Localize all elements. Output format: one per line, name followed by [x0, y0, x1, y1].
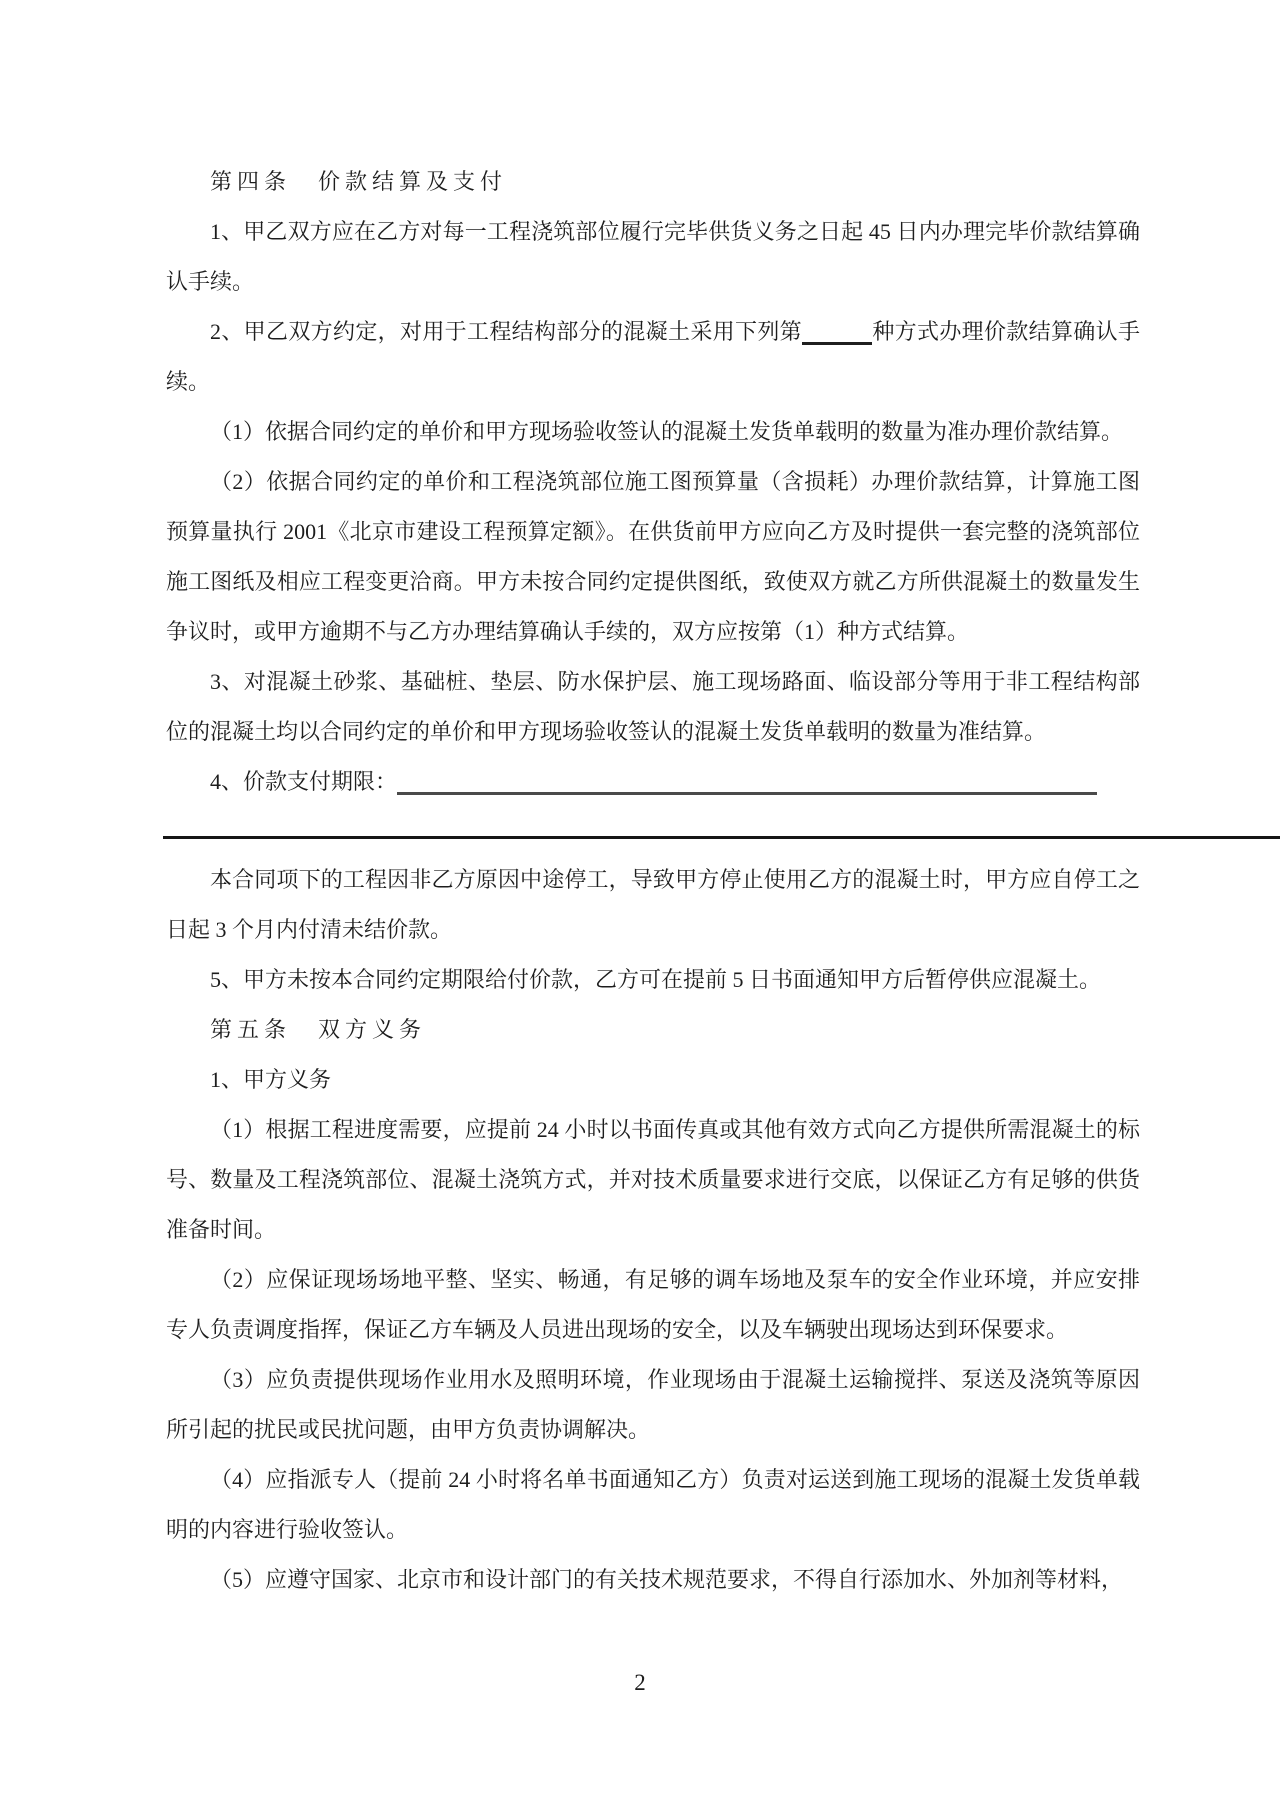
settlement-method-blank[interactable]: [802, 340, 872, 345]
payment-term-blank[interactable]: [397, 790, 1097, 795]
clause-2: 2、甲乙双方约定，对用于工程结构部分的混凝土采用下列第种方式办理价款结算确认手续…: [166, 307, 1140, 407]
party-a-obligation-2: （2）应保证现场场地平整、坚实、畅通，有足够的调车场地及泵车的安全作业环境，并应…: [166, 1255, 1140, 1355]
page-number: 2: [0, 1668, 1280, 1698]
clause-2-1: （1）依据合同约定的单价和甲方现场验收签认的混凝土发货单载明的数量为准办理价款结…: [166, 407, 1140, 457]
clause-1: 1、甲乙双方应在乙方对每一工程浇筑部位履行完毕供货义务之日起 45 日内办理完毕…: [166, 207, 1140, 307]
party-a-obligation-5: （5）应遵守国家、北京市和设计部门的有关技术规范要求，不得自行添加水、外加剂等材…: [166, 1555, 1140, 1605]
stoppage-clause: 本合同项下的工程因非乙方原因中途停工，导致甲方停止使用乙方的混凝土时，甲方应自停…: [166, 855, 1140, 955]
party-a-obligations-heading: 1、甲方义务: [166, 1055, 1140, 1105]
party-a-obligation-1: （1）根据工程进度需要，应提前 24 小时以书面传真或其他有效方式向乙方提供所需…: [166, 1105, 1140, 1255]
clause-3: 3、对混凝土砂浆、基础桩、垫层、防水保护层、施工现场路面、临设部分等用于非工程结…: [166, 657, 1140, 757]
clause-4: 4、价款支付期限：: [166, 757, 1140, 807]
clause-2-2: （2）依据合同约定的单价和工程浇筑部位施工图预算量（含损耗）办理价款结算，计算施…: [166, 457, 1140, 657]
section-divider: [163, 836, 1280, 839]
party-a-obligation-3: （3）应负责提供现场作业用水及照明环境，作业现场由于混凝土运输搅拌、泵送及浇筑等…: [166, 1355, 1140, 1455]
section-gap: [166, 807, 1140, 855]
article5-heading: 第五条 双方义务: [166, 1005, 1140, 1055]
party-a-obligation-4: （4）应指派专人（提前 24 小时将名单书面通知乙方）负责对运送到施工现场的混凝…: [166, 1455, 1140, 1555]
article4-heading: 第四条 价款结算及支付: [166, 157, 1140, 207]
document-page: 第四条 价款结算及支付 1、甲乙双方应在乙方对每一工程浇筑部位履行完毕供货义务之…: [0, 0, 1280, 1810]
clause-5: 5、甲方未按本合同约定期限给付价款，乙方可在提前 5 日书面通知甲方后暂停供应混…: [166, 955, 1140, 1005]
clause-4-label: 4、价款支付期限：: [210, 769, 397, 794]
clause-2-text-before: 2、甲乙双方约定，对用于工程结构部分的混凝土采用下列第: [210, 319, 802, 344]
